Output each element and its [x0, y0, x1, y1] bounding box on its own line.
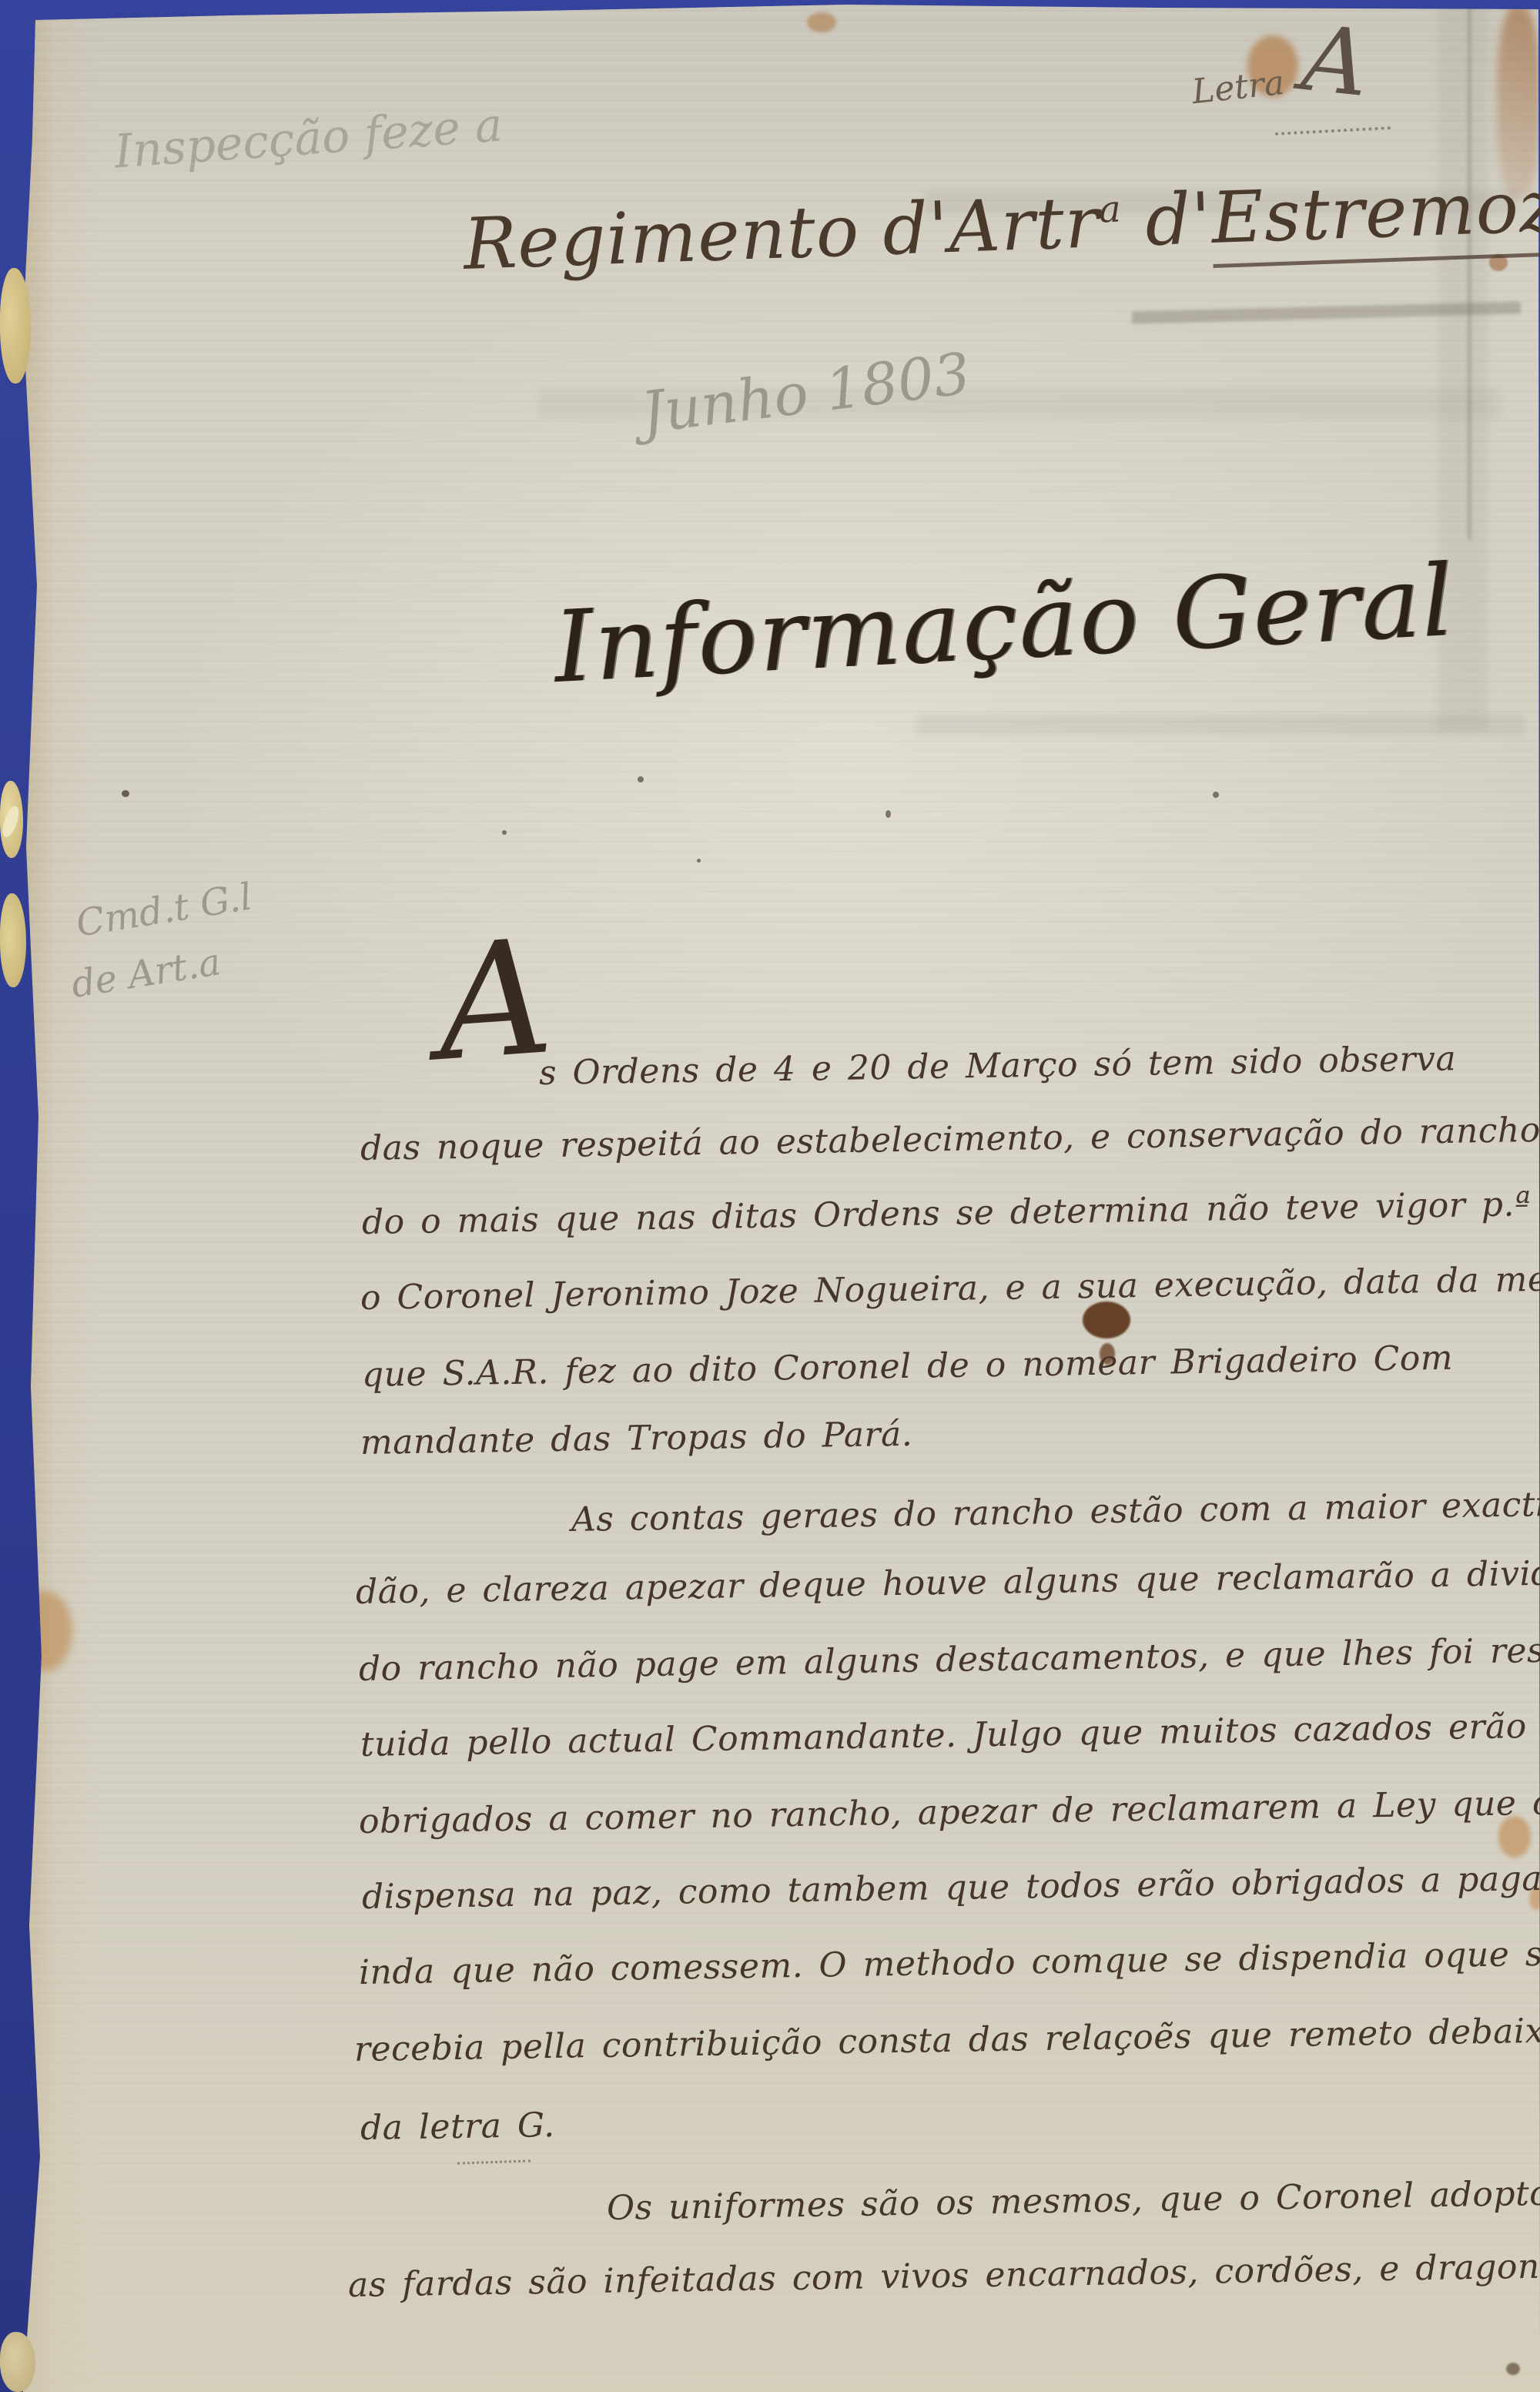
paper-crease: [1468, 0, 1471, 539]
ink-speck: [502, 830, 507, 835]
ink-blot: [1083, 1302, 1130, 1338]
dark-speck: [122, 790, 129, 797]
bleedthrough-band: [916, 715, 1525, 735]
dark-speck: [1506, 2363, 1520, 2375]
manuscript-photo: Letra A Inspecção feze a Junho 1803 Cmd.…: [0, 0, 1540, 2392]
letra-annotation-letter: A: [1298, 12, 1373, 109]
letra-annotation-label: Letra: [1190, 66, 1286, 109]
title-underlined-word: Estremoz: [1210, 165, 1540, 268]
manuscript-line: mandante das Tropas do Pará.: [360, 1418, 913, 1460]
ink-speck: [1213, 792, 1219, 798]
foxing-stain: [807, 12, 836, 32]
title-connector: d': [1120, 177, 1213, 263]
foxing-stain: [17, 1591, 72, 1671]
manuscript-line: da letra G.: [360, 2109, 555, 2146]
binding-tatter: [0, 893, 26, 987]
drop-cap-letter: A: [432, 919, 557, 1084]
ink-speck: [697, 859, 701, 863]
binding-tatter: [0, 781, 23, 858]
title-superscript: a: [1098, 188, 1123, 232]
ink-speck: [885, 810, 891, 818]
binding-thread: [0, 805, 22, 839]
ink-speck: [638, 776, 644, 782]
